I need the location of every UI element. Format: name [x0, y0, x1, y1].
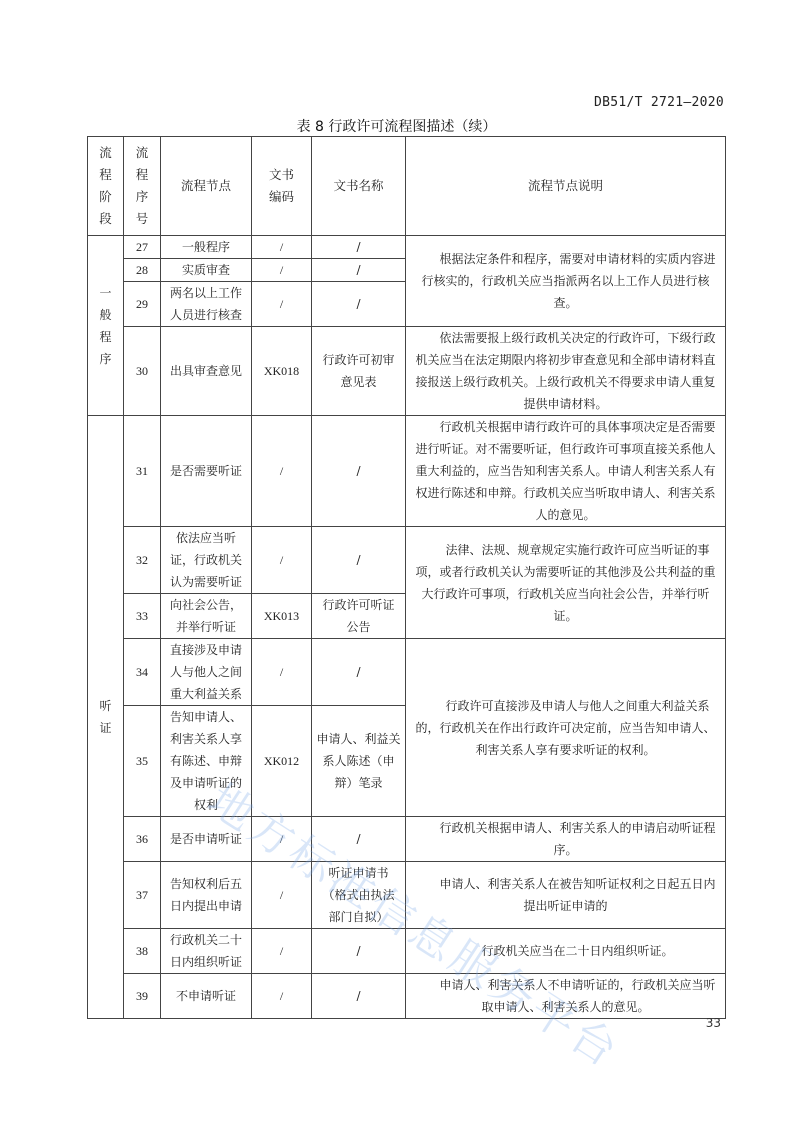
- doc-name-cell: 申请人、利益关系人陈述（申辩）笔录: [312, 706, 406, 817]
- doc-name-cell: 行政许可初审意见表: [312, 327, 406, 416]
- doc-code-cell: /: [252, 282, 312, 327]
- table-row: 30 出具审查意见 XK018 行政许可初审意见表 依法需要报上级行政机关决定的…: [88, 327, 726, 416]
- seq-cell: 33: [124, 594, 161, 639]
- doc-code-cell: /: [252, 416, 312, 527]
- seq-cell: 34: [124, 639, 161, 706]
- seq-cell: 32: [124, 527, 161, 594]
- node-cell: 实质审查: [161, 259, 252, 282]
- doc-name-cell: /: [312, 527, 406, 594]
- description-cell: 行政机关根据申请行政许可的具体事项决定是否需要进行听证。对不需要听证，但行政许可…: [406, 416, 726, 527]
- stage-general-procedure: 一般程序: [88, 236, 124, 416]
- seq-cell: 27: [124, 236, 161, 259]
- seq-cell: 38: [124, 929, 161, 974]
- node-cell: 是否申请听证: [161, 817, 252, 862]
- seq-cell: 29: [124, 282, 161, 327]
- standard-code: DB51/T 2721—2020: [594, 95, 724, 110]
- doc-code-cell: /: [252, 527, 312, 594]
- node-cell: 向社会公告，并举行听证: [161, 594, 252, 639]
- seq-cell: 39: [124, 974, 161, 1019]
- node-cell: 告知权利后五日内提出申请: [161, 862, 252, 929]
- table-row: 36 是否申请听证 / / 行政机关根据申请人、利害关系人的申请启动听证程序。: [88, 817, 726, 862]
- doc-code-cell: /: [252, 639, 312, 706]
- doc-code-cell: XK013: [252, 594, 312, 639]
- table-row: 34 直接涉及申请人与他人之间重大利益关系 / / 行政许可直接涉及申请人与他人…: [88, 639, 726, 706]
- doc-code-cell: /: [252, 236, 312, 259]
- table-row: 39 不申请听证 / / 申请人、利害关系人不申请听证的，行政机关应当听取申请人…: [88, 974, 726, 1019]
- table-header-row: 流程阶段 流程序号 流程节点 文书编码 文书名称 流程节点说明: [88, 137, 726, 236]
- description-cell: 依法需要报上级行政机关决定的行政许可，下级行政机关应当在法定期限内将初步审查意见…: [406, 327, 726, 416]
- description-cell: 行政许可直接涉及申请人与他人之间重大利益关系的，行政机关在作出行政许可决定前，应…: [406, 639, 726, 817]
- description-cell: 根据法定条件和程序，需要对申请材料的实质内容进行核实的，行政机关应当指派两名以上…: [406, 236, 726, 327]
- table-row: 32 依法应当听证，行政机关认为需要听证 / / 法律、法规、规章规定实施行政许…: [88, 527, 726, 594]
- table-row: 37 告知权利后五日内提出申请 / 听证申请书（格式由执法部门自拟） 申请人、利…: [88, 862, 726, 929]
- doc-name-cell: 行政许可听证公告: [312, 594, 406, 639]
- header-seq: 流程序号: [124, 137, 161, 236]
- doc-name-cell: /: [312, 236, 406, 259]
- description-cell: 行政机关根据申请人、利害关系人的申请启动听证程序。: [406, 817, 726, 862]
- doc-code-cell: /: [252, 259, 312, 282]
- header-stage: 流程阶段: [88, 137, 124, 236]
- seq-cell: 28: [124, 259, 161, 282]
- process-description-table: 流程阶段 流程序号 流程节点 文书编码 文书名称 流程节点说明 一般程序 27 …: [87, 136, 726, 1019]
- header-doc-name: 文书名称: [312, 137, 406, 236]
- seq-cell: 36: [124, 817, 161, 862]
- table-title: 表 8 行政许可流程图描述（续）: [0, 116, 793, 136]
- node-cell: 是否需要听证: [161, 416, 252, 527]
- doc-code-cell: /: [252, 974, 312, 1019]
- stage-hearing: 听证: [88, 416, 124, 1019]
- doc-code-cell: XK012: [252, 706, 312, 817]
- node-cell: 出具审查意见: [161, 327, 252, 416]
- seq-cell: 35: [124, 706, 161, 817]
- node-cell: 不申请听证: [161, 974, 252, 1019]
- node-cell: 依法应当听证，行政机关认为需要听证: [161, 527, 252, 594]
- doc-name-cell: 听证申请书（格式由执法部门自拟）: [312, 862, 406, 929]
- doc-name-cell: /: [312, 416, 406, 527]
- node-cell: 告知申请人、利害关系人享有陈述、申辩及申请听证的权利: [161, 706, 252, 817]
- doc-name-cell: /: [312, 282, 406, 327]
- description-cell: 行政机关应当在二十日内组织听证。: [406, 929, 726, 974]
- description-cell: 申请人、利害关系人在被告知听证权利之日起五日内提出听证申请的: [406, 862, 726, 929]
- node-cell: 行政机关二十日内组织听证: [161, 929, 252, 974]
- table-row: 听证 31 是否需要听证 / / 行政机关根据申请行政许可的具体事项决定是否需要…: [88, 416, 726, 527]
- description-cell: 申请人、利害关系人不申请听证的，行政机关应当听取申请人、利害关系人的意见。: [406, 974, 726, 1019]
- doc-code-cell: XK018: [252, 327, 312, 416]
- doc-code-cell: /: [252, 929, 312, 974]
- doc-name-cell: /: [312, 817, 406, 862]
- doc-name-cell: /: [312, 929, 406, 974]
- seq-cell: 37: [124, 862, 161, 929]
- node-cell: 一般程序: [161, 236, 252, 259]
- description-cell: 法律、法规、规章规定实施行政许可应当听证的事项，或者行政机关认为需要听证的其他涉…: [406, 527, 726, 639]
- table-row: 38 行政机关二十日内组织听证 / / 行政机关应当在二十日内组织听证。: [88, 929, 726, 974]
- page-number: 33: [706, 1016, 721, 1030]
- header-node: 流程节点: [161, 137, 252, 236]
- node-cell: 直接涉及申请人与他人之间重大利益关系: [161, 639, 252, 706]
- seq-cell: 30: [124, 327, 161, 416]
- node-cell: 两名以上工作人员进行核查: [161, 282, 252, 327]
- doc-name-cell: /: [312, 259, 406, 282]
- doc-code-cell: /: [252, 862, 312, 929]
- header-doc-code: 文书编码: [252, 137, 312, 236]
- seq-cell: 31: [124, 416, 161, 527]
- header-description: 流程节点说明: [406, 137, 726, 236]
- table-row: 一般程序 27 一般程序 / / 根据法定条件和程序，需要对申请材料的实质内容进…: [88, 236, 726, 259]
- doc-name-cell: /: [312, 639, 406, 706]
- doc-code-cell: /: [252, 817, 312, 862]
- doc-name-cell: /: [312, 974, 406, 1019]
